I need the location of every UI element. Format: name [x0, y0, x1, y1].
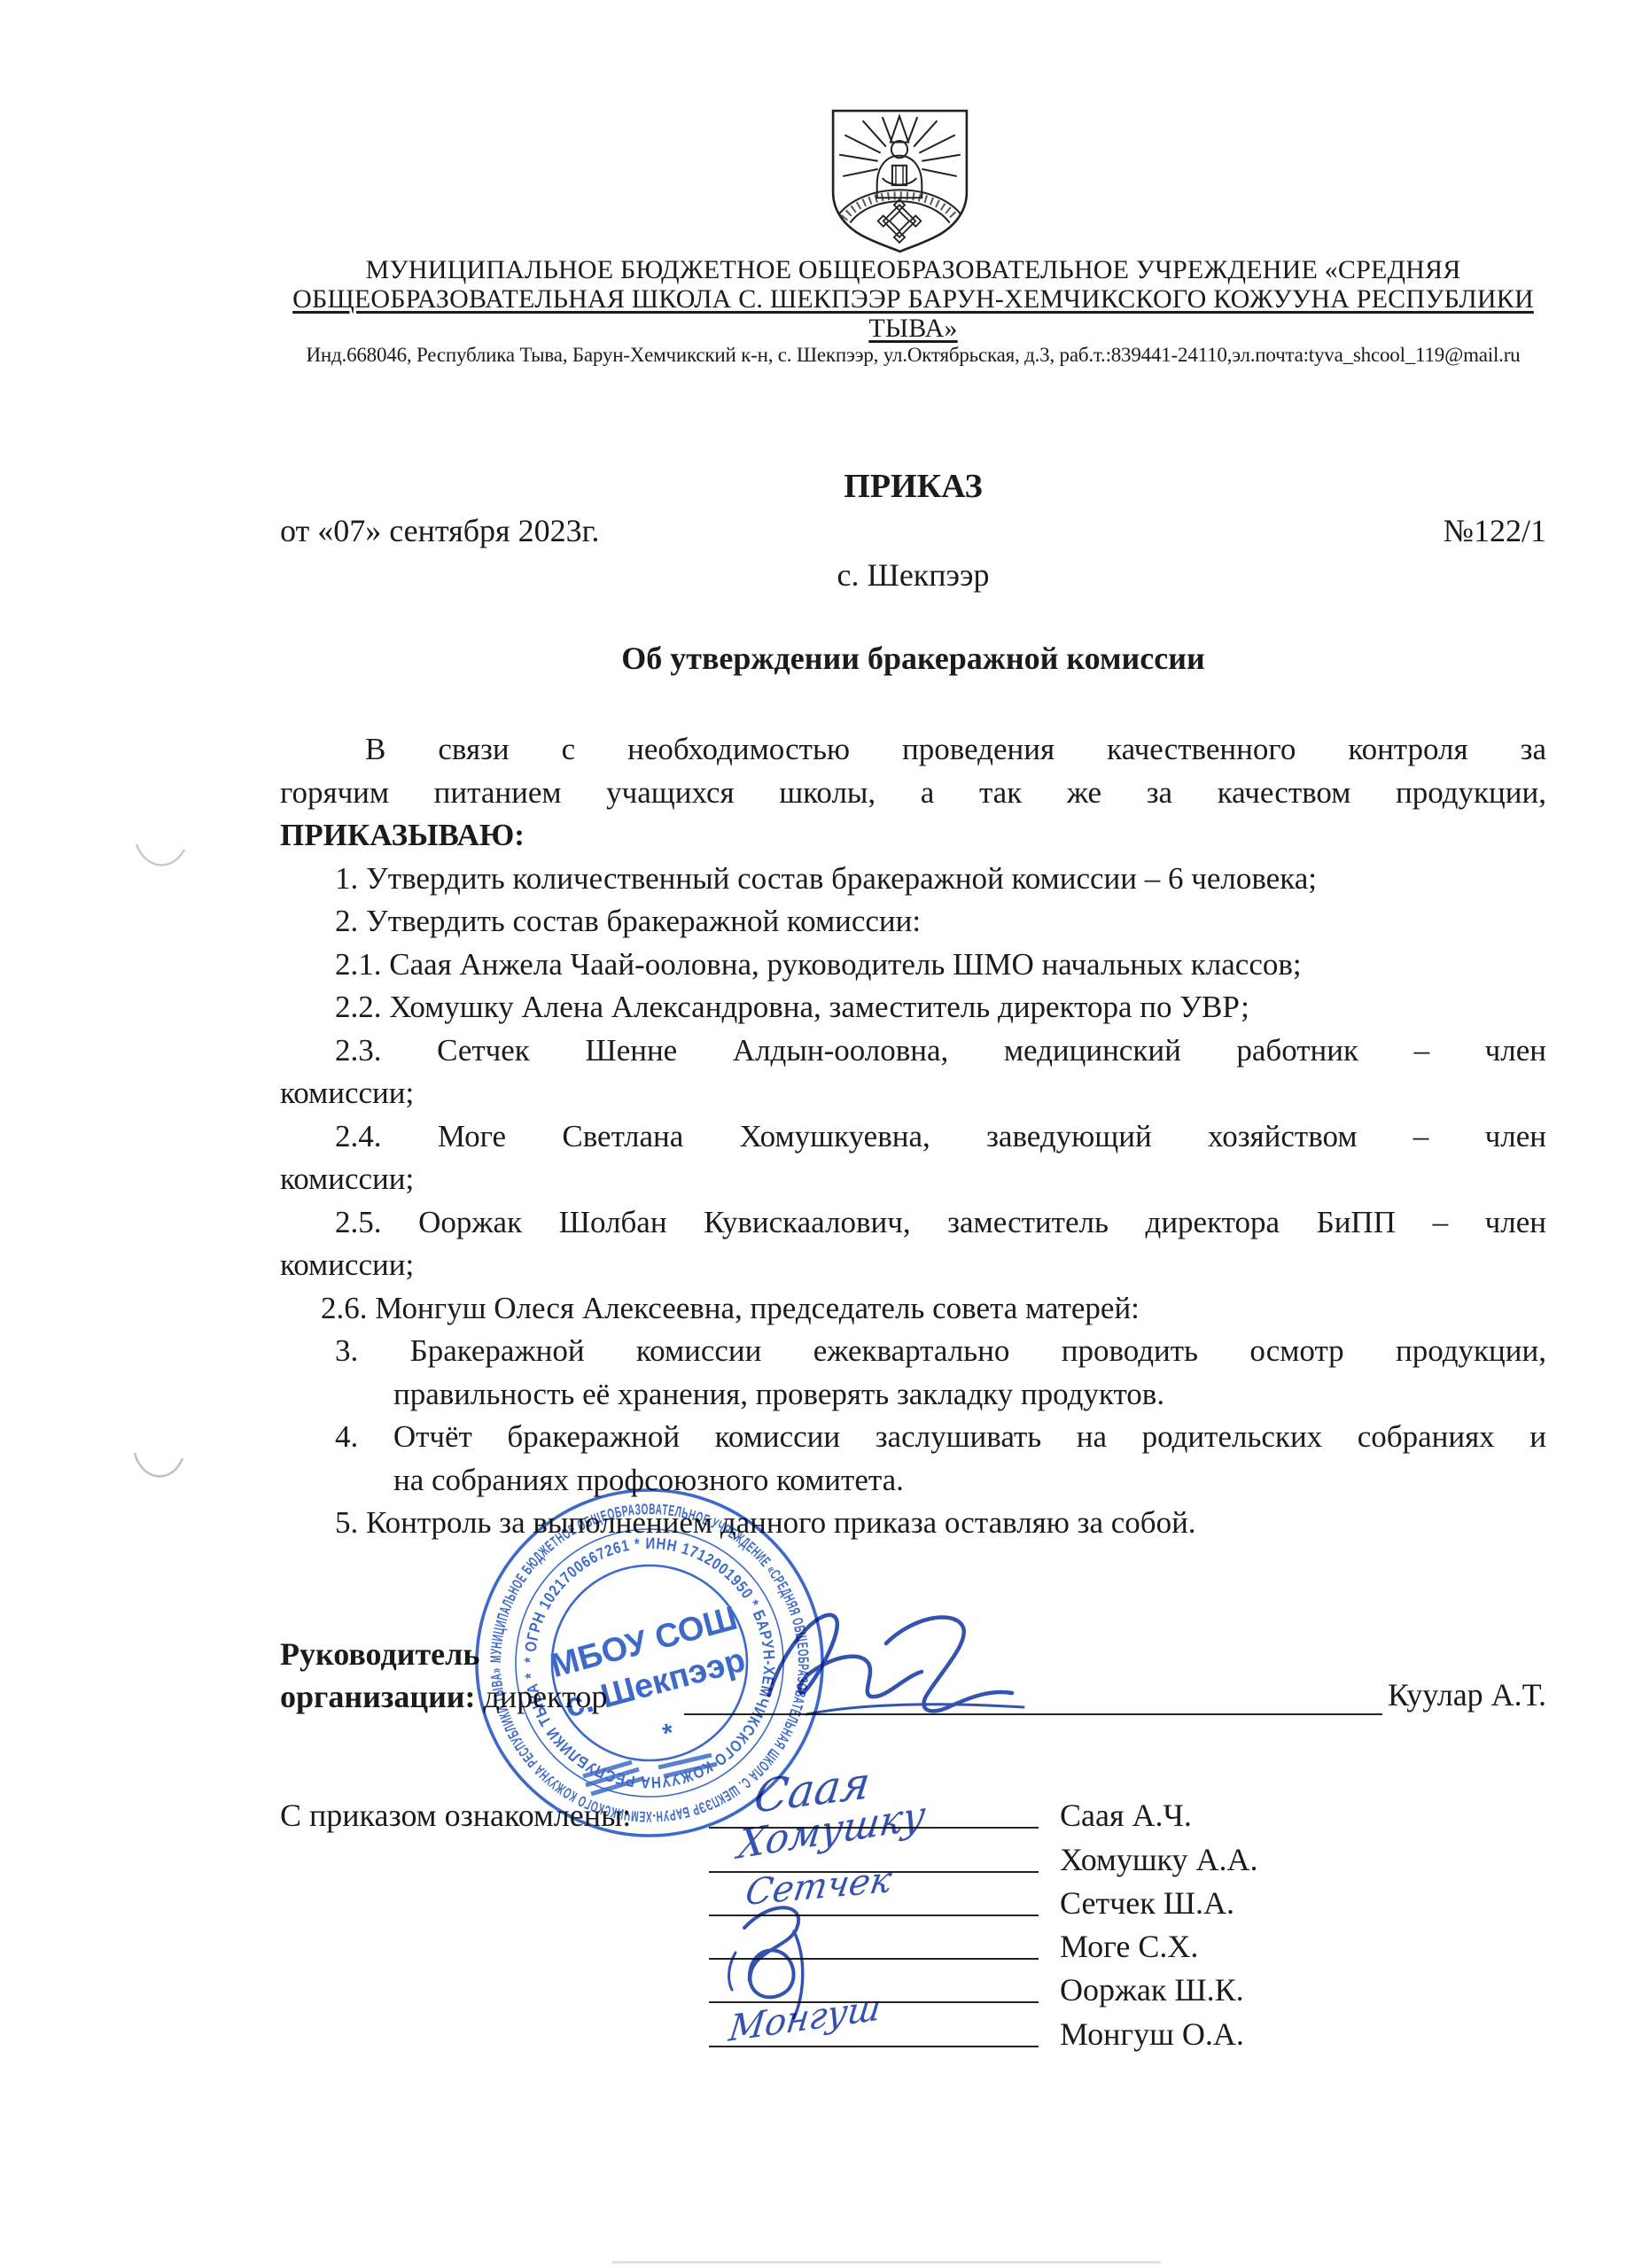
order-date: от «07» сентября 2023г.: [280, 512, 599, 549]
ack-name-5: Ооржак Ш.К.: [1060, 1971, 1244, 2008]
item-3-line1: 3. Бракеражной комиссии ежеквартально пр…: [280, 1330, 1546, 1373]
item-4-line2: на собраниях профсоюзного комитета.: [280, 1459, 1546, 1503]
director-name: Куулар А.Т.: [1388, 1676, 1546, 1713]
item-4-line1: 4. Отчёт бракеражной комиссии заслушиват…: [280, 1416, 1546, 1459]
order-body: В связи с необходимостью проведения каче…: [280, 728, 1546, 1545]
intro-line1: В связи с необходимостью проведения каче…: [280, 728, 1546, 772]
ack-line-6: [709, 2046, 1039, 2047]
head-label-line1: Руководитель: [280, 1635, 479, 1673]
order-number: №122/1: [1444, 512, 1546, 549]
scan-artifact-curve-1: [133, 837, 188, 876]
item-2-3-line2: комиссии;: [280, 1072, 1546, 1115]
item-2-1: 2.1. Саая Анжела Чаай-ооловна, руководит…: [280, 944, 1546, 987]
item-3-line2: правильность её хранения, проверять закл…: [280, 1373, 1546, 1417]
order-date-row: от «07» сентября 2023г. №122/1: [280, 512, 1546, 549]
intro-line2: горячим питанием учащихся школы, а так ж…: [280, 772, 1546, 815]
ack-label: С приказом ознакомлены:: [280, 1797, 631, 1834]
item-2: 2. Утвердить состав бракеражной комиссии…: [280, 900, 1546, 944]
item-2-5-line1: 2.5. Ооржак Шолбан Кувискаалович, замест…: [280, 1201, 1546, 1245]
item-2-5-line2: комиссии;: [280, 1244, 1546, 1287]
document-page: МУНИЦИПАЛЬНОЕ БЮДЖЕТНОЕ ОБЩЕОБРАЗОВАТЕЛЬ…: [0, 0, 1650, 2268]
item-2-4-line2: комиссии;: [280, 1158, 1546, 1201]
school-emblem-icon: [827, 106, 973, 255]
letterhead: МУНИЦИПАЛЬНОЕ БЮДЖЕТНОЕ ОБЩЕОБРАЗОВАТЕЛЬ…: [280, 255, 1546, 367]
scan-artifact-curve-2: [131, 1448, 186, 1488]
scan-artifact-smudge: [611, 2261, 1161, 2264]
ack-name-2: Хомушку А.А.: [1060, 1841, 1258, 1878]
item-2-2: 2.2. Хомушку Алена Александровна, замест…: [280, 986, 1546, 1029]
prikazyvayu-word: ПРИКАЗЫВАЮ:: [280, 814, 1546, 858]
org-name-line1: МУНИЦИПАЛЬНОЕ БЮДЖЕТНОЕ ОБЩЕОБРАЗОВАТЕЛЬ…: [280, 255, 1546, 284]
ack-name-1: Саая А.Ч.: [1060, 1797, 1192, 1834]
org-name-line2: ОБЩЕОБРАЗОВАТЕЛЬНАЯ ШКОЛА С. ШЕКПЭЭР БАР…: [280, 284, 1546, 343]
order-subject: Об утверждении бракеражной комиссии: [280, 640, 1546, 677]
item-2-4-line1: 2.4. Моге Светлана Хомушкуевна, заведующ…: [280, 1115, 1546, 1159]
item-2-6: 2.6. Монгуш Олеся Алексеевна, председате…: [280, 1287, 1546, 1331]
item-2-3-line1: 2.3. Сетчек Шенне Алдын-ооловна, медицин…: [280, 1029, 1546, 1073]
head-label-org: организации:: [280, 1679, 476, 1714]
ack-name-6: Монгуш О.А.: [1060, 2016, 1244, 2053]
item-1: 1. Утвердить количественный состав браке…: [280, 858, 1546, 901]
item-5: 5. Контроль за выполнением данного прика…: [280, 1502, 1546, 1545]
org-address-line: Инд.668046, Республика Тыва, Барун-Хемчи…: [280, 343, 1546, 367]
order-place: с. Шекпээр: [280, 556, 1546, 594]
order-title: ПРИКАЗ: [280, 467, 1546, 506]
ack-name-3: Сетчек Ш.А.: [1060, 1884, 1234, 1922]
ack-name-4: Моге С.Х.: [1060, 1928, 1198, 1965]
stamp-center-star: *: [659, 1718, 677, 1749]
